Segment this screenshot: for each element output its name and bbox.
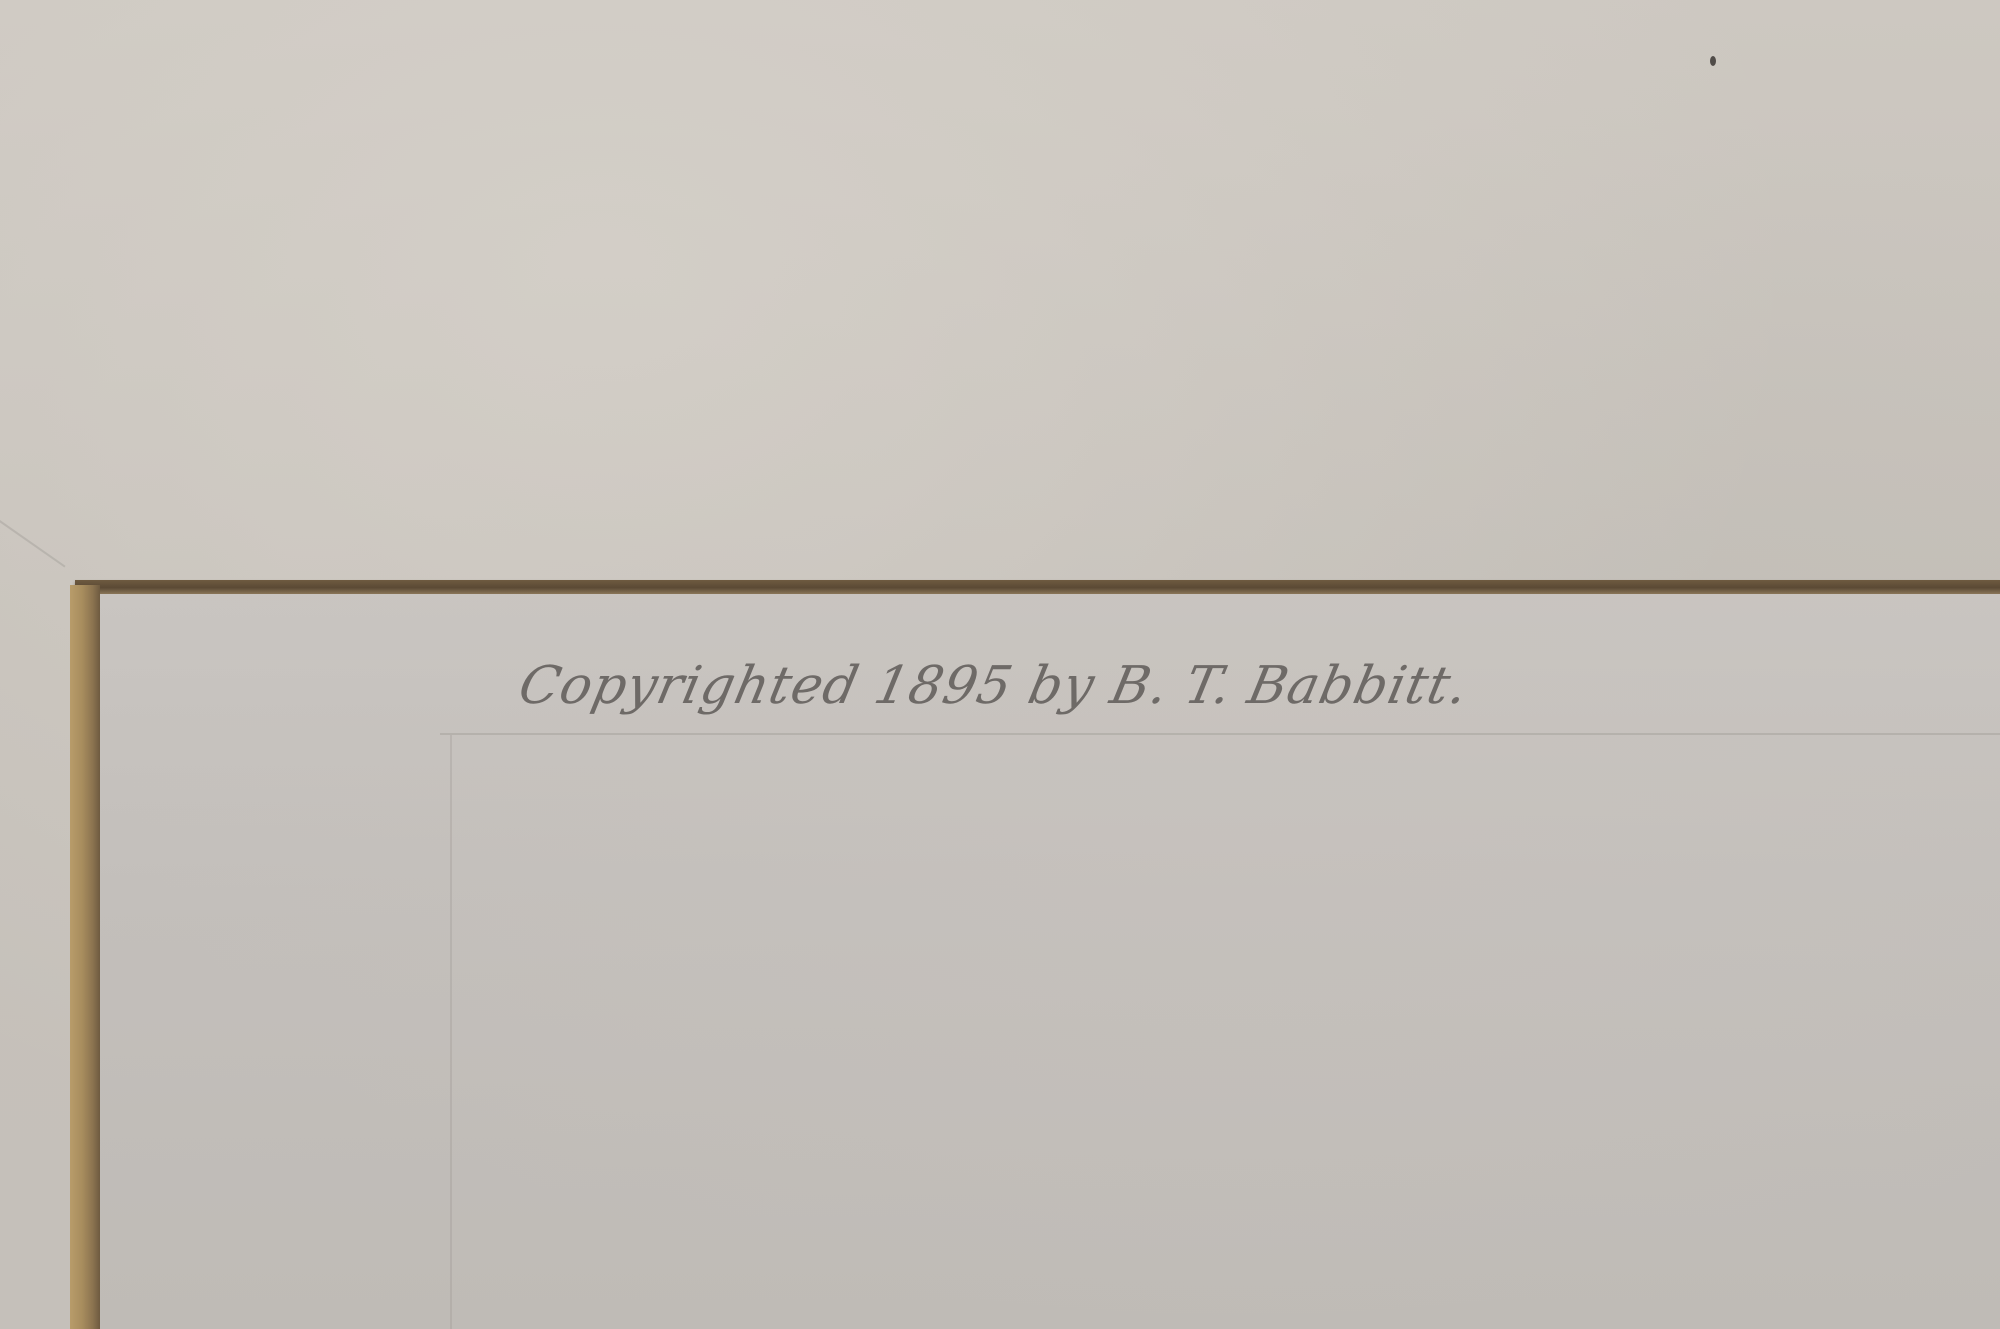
copyright-inscription: Copyrighted 1895 by B. T. Babbitt.	[514, 656, 1474, 716]
mat-bevel-top	[75, 580, 2000, 594]
mat-bevel-left	[70, 585, 100, 1329]
plate-mark-horizontal	[440, 733, 2000, 735]
dust-speck	[1710, 56, 1716, 66]
plate-mark-vertical	[450, 735, 452, 1329]
print-paper: Copyrighted 1895 by B. T. Babbitt.	[100, 594, 2000, 1329]
